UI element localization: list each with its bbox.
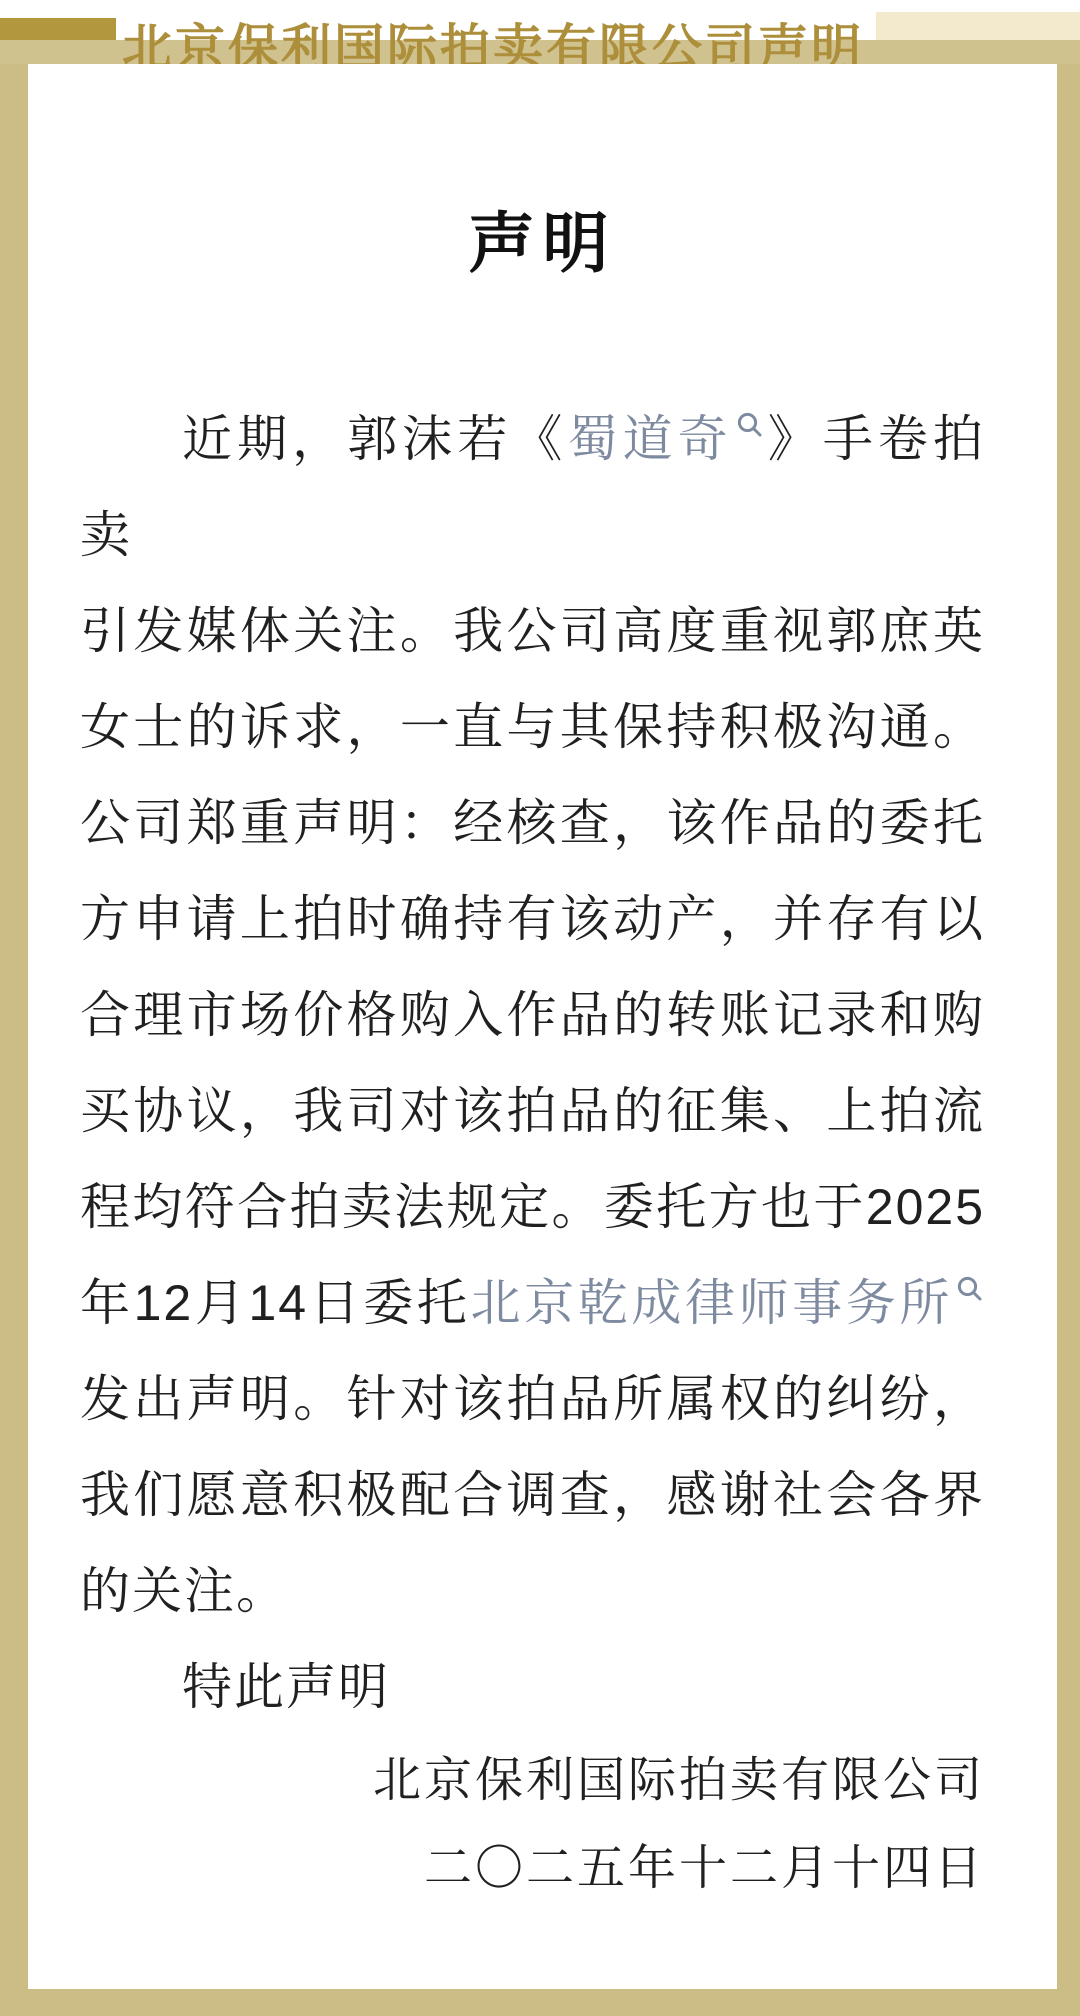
statement-heading: 声明 [28,208,1057,278]
body-line-7: 买协议，我司对该拍品的征集、上拍流 [80,1063,985,1159]
banner: 北京保利国际拍卖有限公司声明 [0,0,1080,64]
signature-company: 北京保利国际拍卖有限公司 [80,1737,985,1825]
law-firm-link-label: 北京乾成律师事务所 [471,1275,954,1331]
body-text: 近期，郭沫若《 [182,411,568,467]
statement-body: 近期，郭沫若《蜀道奇 》手卷拍卖 引发媒体关注。我公司高度重视郭庶英 女士的诉求… [80,391,985,1735]
body-line-12: 的关注。 [80,1543,985,1639]
body-line-9: 年12月14日委托北京乾成律师事务所 [80,1255,985,1351]
body-line-5: 方申请上拍时确持有该动产，并存有以 [80,871,985,967]
statement-panel: 声明 近期，郭沫若《蜀道奇 》手卷拍卖 引发媒体关注。我公司高度重视郭庶英 女士… [28,64,1057,1989]
body-line-1: 近期，郭沫若《蜀道奇 》手卷拍卖 [80,391,985,583]
artwork-link-label: 蜀道奇 [568,411,733,467]
banner-accent-block [0,18,116,40]
body-line-6: 合理市场价格购入作品的转账记录和购 [80,967,985,1063]
body-text: 年12月14日委托 [80,1275,471,1331]
banner-cream-block [876,12,1080,40]
artwork-link[interactable]: 蜀道奇 [568,411,765,467]
body-line-11: 我们愿意积极配合调查，感谢社会各界 [80,1447,985,1543]
body-line-3: 女士的诉求，一直与其保持积极沟通。 [80,679,985,775]
magnifier-icon[interactable] [955,1274,985,1304]
body-line-2: 引发媒体关注。我公司高度重视郭庶英 [80,583,985,679]
law-firm-link[interactable]: 北京乾成律师事务所 [471,1275,986,1331]
statement-page: 北京保利国际拍卖有限公司声明 声明 近期，郭沫若《蜀道奇 》手卷拍卖 引发媒体关… [0,0,1080,2016]
body-line-4: 公司郑重声明：经核查，该作品的委托 [80,775,985,871]
signature-date: 二〇二五年十二月十四日 [80,1825,985,1913]
signature-block: 北京保利国际拍卖有限公司 二〇二五年十二月十四日 [80,1737,985,1913]
closing-line: 特此声明 [80,1639,985,1735]
body-line-10: 发出声明。针对该拍品所属权的纠纷， [80,1351,985,1447]
magnifier-icon[interactable] [735,410,765,440]
body-line-8: 程均符合拍卖法规定。委托方也于2025 [80,1159,985,1255]
